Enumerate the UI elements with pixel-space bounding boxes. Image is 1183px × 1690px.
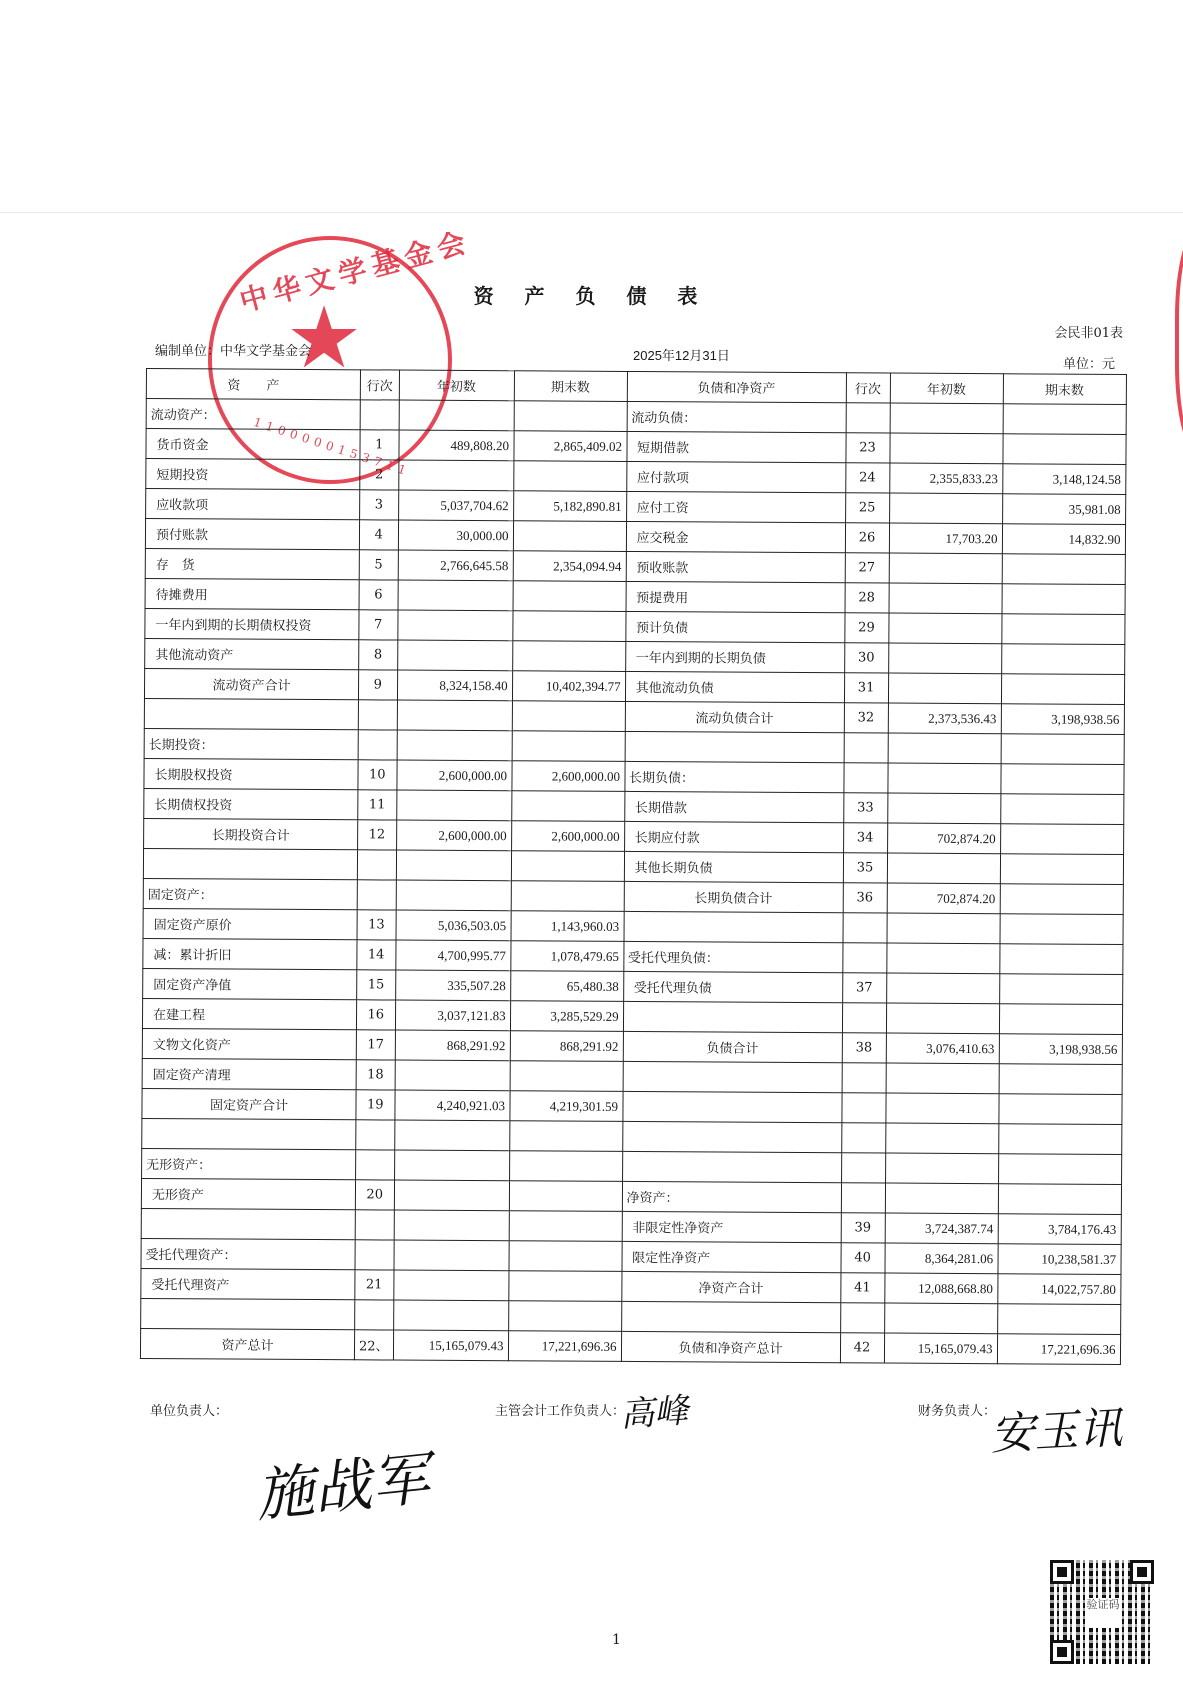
asset-row-no [356,1150,395,1180]
liability-row-no [844,733,888,763]
asset-row-no [355,1210,394,1240]
asset-row-no: 13 [357,910,396,940]
liability-label: 其他流动负债 [625,671,844,702]
asset-label [141,1208,355,1239]
asset-begin-value: 15,165,079.43 [393,1330,508,1361]
asset-row-no: 2 [360,460,399,490]
asset-label: 待摊费用 [145,578,359,609]
table-row: 资产总计22、15,165,079.4317,221,696.36负债和净资产总… [140,1328,1120,1364]
liability-begin-value [887,793,1000,824]
liability-begin-value: 12,088,668.80 [884,1273,997,1304]
liability-row-no [840,1303,884,1333]
asset-begin-value: 5,036,503.05 [396,910,511,941]
liability-end-value [998,1094,1121,1125]
asset-begin-value: 30,000.00 [398,520,513,551]
asset-row-no: 16 [356,1000,395,1030]
liability-end-value [1000,914,1123,945]
asset-begin-value: 335,507.28 [395,970,510,1001]
liability-row-no: 34 [843,823,887,853]
liability-row-no [843,763,887,793]
asset-label: 减：累计折旧 [143,938,357,969]
asset-row-no [357,880,396,910]
asset-end-value [510,1061,623,1092]
liability-end-value: 14,832.90 [1002,524,1125,555]
page-edge-line [0,212,1183,213]
liability-end-value [1003,404,1126,435]
currency-unit: 单位：元 [1063,353,1115,372]
liability-row-no [842,1063,886,1093]
header-end: 期末数 [1003,374,1126,405]
liability-end-value [999,974,1122,1005]
liability-row-no: 23 [845,433,889,463]
asset-row-no: 6 [359,580,398,610]
liability-row-no: 42 [840,1333,884,1363]
balance-sheet-table: 资 产 行次 年初数 期末数 负债和净资产 行次 年初数 期末数 流动资产：流动… [140,368,1127,1365]
qr-finder-icon [1130,1560,1154,1584]
asset-label: 货币资金 [146,429,360,460]
asset-end-value [509,1241,622,1272]
liability-end-value: 3,784,176.43 [998,1214,1121,1245]
asset-label: 固定资产合计 [142,1088,356,1119]
liability-end-value: 3,198,938.56 [1001,704,1124,735]
liability-row-no: 39 [841,1213,885,1243]
liability-row-no [841,1153,885,1183]
accounting-head-label: 主管会计工作负责人： [495,1400,625,1419]
liability-end-value: 3,148,124.58 [1002,464,1125,495]
report-date: 2025年12月31日 [633,345,730,364]
liability-row-no: 40 [841,1243,885,1273]
asset-end-value: 1,143,960.03 [511,911,624,942]
asset-row-no: 4 [359,520,398,550]
liability-label [621,1301,840,1332]
edge-seal-stamp [1175,222,1183,460]
header-row-no: 行次 [360,370,399,400]
liability-end-value [998,1124,1121,1155]
asset-begin-value [398,460,513,491]
asset-end-value: 17,221,696.36 [508,1331,621,1362]
asset-begin-value: 3,037,121.83 [395,1000,510,1031]
asset-end-value: 868,291.92 [510,1031,623,1062]
liability-row-no [846,403,890,433]
asset-row-no: 12 [358,820,397,850]
asset-row-no [357,850,396,880]
asset-end-value: 3,285,529.29 [510,1001,623,1032]
liability-row-no [841,1123,885,1153]
asset-end-value: 2,865,409.02 [513,431,626,462]
liability-label: 长期负债合计 [624,881,843,912]
liability-row-no: 38 [842,1033,886,1063]
asset-begin-value [393,1300,508,1331]
liability-end-value [999,1004,1122,1035]
asset-end-value [508,1301,621,1332]
asset-label: 长期投资： [144,728,358,759]
asset-begin-value [396,880,511,911]
asset-label: 固定资产原价 [143,908,357,939]
liability-label: 负债合计 [623,1031,842,1062]
liability-label: 负债和净资产总计 [621,1331,840,1362]
liability-row-no: 29 [844,613,888,643]
header-liabilities: 负债和净资产 [627,371,846,402]
liability-label: 流动负债合计 [625,701,844,732]
liability-end-value: 14,022,757.80 [997,1274,1120,1305]
asset-begin-value [397,610,512,641]
liability-end-value: 3,198,938.56 [999,1034,1122,1065]
finance-head-signature: 安玉讯 [988,1392,1123,1463]
page-title: 资 产 负 债 表 [0,280,1183,309]
asset-end-value [509,1211,622,1242]
liability-end-value: 35,981.08 [1002,494,1125,525]
asset-begin-value [394,1210,509,1241]
liability-label: 一年内到期的长期负债 [625,641,844,672]
liability-label: 预提费用 [626,581,845,612]
asset-row-no: 17 [356,1030,395,1060]
asset-begin-value: 2,600,000.00 [396,760,511,791]
liability-label: 长期应付款 [624,821,843,852]
asset-begin-value [397,700,512,731]
asset-row-no: 5 [359,550,398,580]
asset-end-value: 2,600,000.00 [511,761,624,792]
asset-end-value [512,611,625,642]
header-begin: 年初数 [399,370,514,401]
asset-row-no: 20 [355,1180,394,1210]
asset-end-value [509,1121,622,1152]
asset-label: 在建工程 [142,998,356,1029]
unit-head-label: 单位负责人： [150,1400,228,1419]
liability-row-no [842,943,886,973]
asset-begin-value [395,1060,510,1091]
asset-label: 长期债权投资 [144,788,358,819]
liability-label [624,911,843,942]
header-row-no: 行次 [846,373,890,403]
asset-row-no [355,1300,394,1330]
asset-label: 一年内到期的长期债权投资 [145,608,359,639]
liability-label: 净资产合计 [621,1271,840,1302]
asset-end-value: 4,219,301.59 [509,1091,622,1122]
asset-row-no [360,400,399,430]
asset-label: 无形资产： [142,1148,356,1179]
asset-end-value: 1,078,479.65 [510,941,623,972]
asset-end-value [509,1181,622,1212]
asset-row-no: 9 [358,670,397,700]
asset-label [144,698,358,729]
liability-end-value [1000,854,1123,885]
liability-begin-value [889,493,1002,524]
liability-row-no: 26 [845,523,889,553]
liability-row-no: 32 [844,703,888,733]
liability-begin-value [886,943,999,974]
liability-begin-value [888,733,1001,764]
asset-label: 资产总计 [140,1328,354,1359]
liability-begin-value: 8,364,281.06 [885,1243,998,1274]
asset-row-no [358,730,397,760]
liability-end-value: 10,238,581.37 [998,1244,1121,1275]
liability-begin-value [889,433,1002,464]
asset-begin-value [399,400,514,431]
liability-label: 应付款项 [626,461,845,492]
liability-begin-value [887,853,1000,884]
asset-label: 固定资产： [143,878,357,909]
asset-label [142,1118,356,1149]
asset-begin-value: 5,037,704.62 [398,490,513,521]
asset-row-no: 14 [357,940,396,970]
asset-label: 短期投资 [146,459,360,490]
asset-end-value [511,881,624,912]
page-number: 1 [612,1632,621,1648]
asset-end-value [514,401,627,432]
liability-begin-value [888,673,1001,704]
asset-begin-value [398,580,513,611]
asset-row-no: 18 [356,1060,395,1090]
liability-begin-value: 2,355,833.23 [889,463,1002,494]
asset-label [141,1298,355,1329]
blank-top-area [0,0,1183,212]
liability-row-no [843,913,887,943]
liability-row-no: 33 [843,793,887,823]
liability-end-value [1000,824,1123,855]
liability-label [623,1061,842,1092]
asset-label [143,848,357,879]
liability-row-no: 36 [843,883,887,913]
asset-label: 无形资产 [141,1178,355,1209]
asset-end-value: 10,402,394.77 [512,671,625,702]
liability-row-no: 31 [844,673,888,703]
asset-label: 其他流动资产 [145,638,359,669]
liability-label [622,1091,841,1122]
asset-row-no [358,700,397,730]
liability-label: 非限定性净资产 [622,1211,841,1242]
asset-label: 预付账款 [145,519,359,550]
liability-begin-value [888,613,1001,644]
asset-end-value [513,581,626,612]
liability-label [623,1001,842,1032]
asset-label: 受托代理资产： [141,1238,355,1269]
unit-head-signature: 施战军 [251,1431,433,1533]
reporting-organization: 编制单位：中华文学基金会 [155,340,311,359]
asset-label: 长期投资合计 [144,818,358,849]
accounting-head-signature: 高峰 [618,1383,689,1437]
liability-row-no [841,1093,885,1123]
liability-begin-value [884,1303,997,1334]
header-begin: 年初数 [890,373,1003,404]
liability-label: 其他长期负债 [624,851,843,882]
liability-begin-value: 17,703.20 [889,523,1002,554]
asset-begin-value [394,1180,509,1211]
liability-row-no [842,1003,886,1033]
asset-end-value [511,851,624,882]
asset-end-value [512,641,625,672]
asset-begin-value: 2,766,645.58 [398,550,513,581]
liability-row-no: 30 [844,643,888,673]
asset-row-no: 7 [359,610,398,640]
liability-begin-value [885,1093,998,1124]
liability-label [622,1121,841,1152]
liability-begin-value [885,1153,998,1184]
asset-end-value [508,1271,621,1302]
asset-row-no: 22、 [354,1330,393,1360]
asset-end-value [513,521,626,552]
liability-begin-value [889,553,1002,584]
liability-end-value [1000,764,1123,795]
liability-end-value [1002,584,1125,615]
asset-begin-value [397,640,512,671]
liability-label [622,1151,841,1182]
qr-finder-icon [1050,1640,1074,1664]
asset-end-value: 2,354,094.94 [513,551,626,582]
liability-end-value [1000,794,1123,825]
asset-row-no [356,1120,395,1150]
liability-label: 长期负债： [624,761,843,792]
asset-begin-value [396,790,511,821]
asset-end-value: 65,480.38 [510,971,623,1002]
liability-begin-value: 15,165,079.43 [884,1333,997,1364]
liability-end-value [998,1184,1121,1215]
liability-begin-value [886,1003,999,1034]
asset-begin-value: 868,291.92 [395,1030,510,1061]
liability-end-value [1001,644,1124,675]
liability-label: 预计负债 [625,611,844,642]
liability-begin-value [885,1123,998,1154]
header-assets: 资 产 [146,369,360,400]
asset-label: 固定资产净值 [143,968,357,999]
asset-end-value [509,1151,622,1182]
liability-begin-value [885,1183,998,1214]
liability-end-value [997,1304,1120,1335]
asset-row-no [355,1240,394,1270]
asset-label: 存 货 [145,548,359,579]
asset-begin-value: 489,808.20 [398,430,513,461]
liability-begin-value [886,973,999,1004]
asset-begin-value [393,1270,508,1301]
liability-row-no: 35 [843,853,887,883]
liability-label: 受托代理负债： [623,941,842,972]
asset-begin-value [394,1240,509,1271]
asset-row-no: 21 [355,1270,394,1300]
asset-row-no: 1 [360,430,399,460]
liability-row-no: 28 [845,583,889,613]
qr-finder-icon [1050,1560,1074,1584]
asset-label: 流动资产： [146,399,360,430]
liability-label: 限定性净资产 [622,1241,841,1272]
asset-row-no: 15 [357,970,396,1000]
asset-end-value: 2,600,000.00 [511,821,624,852]
liability-begin-value: 702,874.20 [887,823,1000,854]
liability-begin-value [886,1063,999,1094]
liability-begin-value [889,583,1002,614]
asset-begin-value: 8,324,158.40 [397,670,512,701]
liability-begin-value [887,763,1000,794]
asset-label: 受托代理资产 [141,1268,355,1299]
liability-end-value [1002,554,1125,585]
asset-begin-value: 4,700,995.77 [395,940,510,971]
asset-label: 流动资产合计 [144,668,358,699]
liability-begin-value: 702,874.20 [887,883,1000,914]
asset-end-value [512,701,625,732]
liability-end-value [1001,734,1124,765]
asset-begin-value: 2,600,000.00 [396,820,511,851]
liability-label: 受托代理负债 [623,971,842,1002]
asset-row-no: 3 [360,490,399,520]
asset-begin-value: 4,240,921.03 [394,1090,509,1121]
finance-head-label: 财务负责人： [918,1400,996,1419]
liability-end-value: 17,221,696.36 [997,1334,1120,1365]
asset-end-value [512,731,625,762]
liability-begin-value [890,403,1003,434]
asset-row-no: 19 [356,1090,395,1120]
asset-end-value [511,791,624,822]
asset-row-no: 10 [358,760,397,790]
form-code: 会民非01表 [1054,322,1123,341]
liability-end-value [999,944,1122,975]
liability-label: 应交税金 [626,521,845,552]
asset-label: 文物文化资产 [142,1028,356,1059]
liability-end-value [1002,434,1125,465]
header-end: 期末数 [514,371,627,402]
asset-label: 应收款项 [146,489,360,520]
liability-row-no: 37 [842,973,886,1003]
asset-end-value: 5,182,890.81 [513,491,626,522]
liability-begin-value: 3,724,387.74 [885,1213,998,1244]
liability-end-value [1000,884,1123,915]
liability-label: 流动负债： [627,401,846,432]
qr-verify-label: 验证码 [1086,1598,1120,1628]
official-seal-star-icon: ★ [290,300,358,376]
asset-begin-value [394,1150,509,1181]
liability-label: 长期借款 [624,791,843,822]
asset-label: 固定资产清理 [142,1058,356,1089]
asset-begin-value [396,850,511,881]
liability-end-value [1001,674,1124,705]
liability-label: 净资产： [622,1181,841,1212]
liability-label [625,731,844,762]
asset-end-value [513,461,626,492]
asset-begin-value [397,730,512,761]
liability-begin-value: 3,076,410.63 [886,1033,999,1064]
liability-end-value [998,1154,1121,1185]
liability-row-no: 24 [845,463,889,493]
liability-label: 预收账款 [626,551,845,582]
liability-row-no [841,1183,885,1213]
asset-begin-value [394,1120,509,1151]
liability-row-no: 25 [845,493,889,523]
asset-row-no: 8 [359,640,398,670]
liability-begin-value [887,913,1000,944]
asset-row-no: 11 [358,790,397,820]
liability-label: 应付工资 [626,491,845,522]
liability-label: 短期借款 [626,431,845,462]
liability-row-no: 27 [845,553,889,583]
liability-row-no: 41 [840,1273,884,1303]
liability-begin-value: 2,373,536.43 [888,703,1001,734]
liability-end-value [999,1064,1122,1095]
liability-end-value [1001,614,1124,645]
asset-label: 长期股权投资 [144,758,358,789]
liability-begin-value [888,643,1001,674]
